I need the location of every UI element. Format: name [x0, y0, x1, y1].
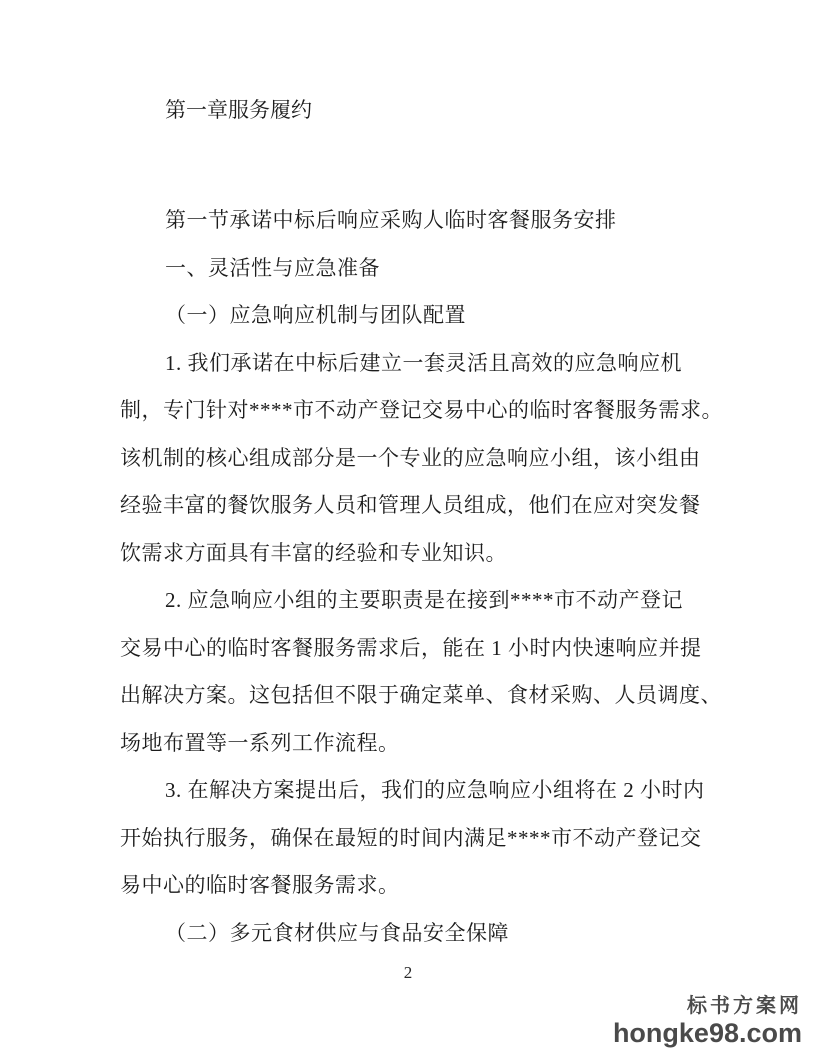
document-body: 第一节承诺中标后响应采购人临时客餐服务安排 一、灵活性与应急准备 （一）应急响应… [120, 197, 756, 957]
watermark: 标书方案网 hongke98.com [613, 994, 802, 1048]
paragraph-line: 制，专门针对****市不动产登记交易中心的临时客餐服务需求。 [120, 387, 756, 435]
watermark-site-url: hongke98.com [613, 1018, 802, 1048]
paragraph-line: 经验丰富的餐饮服务人员和管理人员组成，他们在应对突发餐 [120, 482, 756, 530]
paragraph-line: 交易中心的临时客餐服务需求后，能在 1 小时内快速响应并提 [120, 625, 756, 673]
page-number: 2 [0, 958, 816, 988]
subsection-heading: 一、灵活性与应急准备 [120, 245, 756, 293]
paragraph-line: 1. 我们承诺在中标后建立一套灵活且高效的应急响应机 [120, 340, 756, 388]
clause-heading: （一）应急响应机制与团队配置 [120, 292, 756, 340]
chapter-title: 第一章服务履约 [120, 87, 756, 135]
paragraph-line: 场地布置等一系列工作流程。 [120, 720, 756, 768]
paragraph-line: 开始执行服务，确保在最短的时间内满足****市不动产登记交 [120, 815, 756, 863]
section-heading: 第一节承诺中标后响应采购人临时客餐服务安排 [120, 197, 756, 245]
paragraph-line: 3. 在解决方案提出后，我们的应急响应小组将在 2 小时内 [120, 767, 756, 815]
watermark-site-name: 标书方案网 [613, 994, 802, 1018]
paragraph-line: 易中心的临时客餐服务需求。 [120, 862, 756, 910]
paragraph-line: 2. 应急响应小组的主要职责是在接到****市不动产登记 [120, 577, 756, 625]
paragraph-line: 出解决方案。这包括但不限于确定菜单、食材采购、人员调度、 [120, 672, 756, 720]
paragraph-line: 饮需求方面具有丰富的经验和专业知识。 [120, 530, 756, 578]
document-content: 第一章服务履约 第一节承诺中标后响应采购人临时客餐服务安排 一、灵活性与应急准备… [120, 87, 756, 957]
clause-heading: （二）多元食材供应与食品安全保障 [120, 910, 756, 958]
paragraph-line: 该机制的核心组成部分是一个专业的应急响应小组，该小组由 [120, 435, 756, 483]
document-page: 第一章服务履约 第一节承诺中标后响应采购人临时客餐服务安排 一、灵活性与应急准备… [0, 0, 816, 1056]
